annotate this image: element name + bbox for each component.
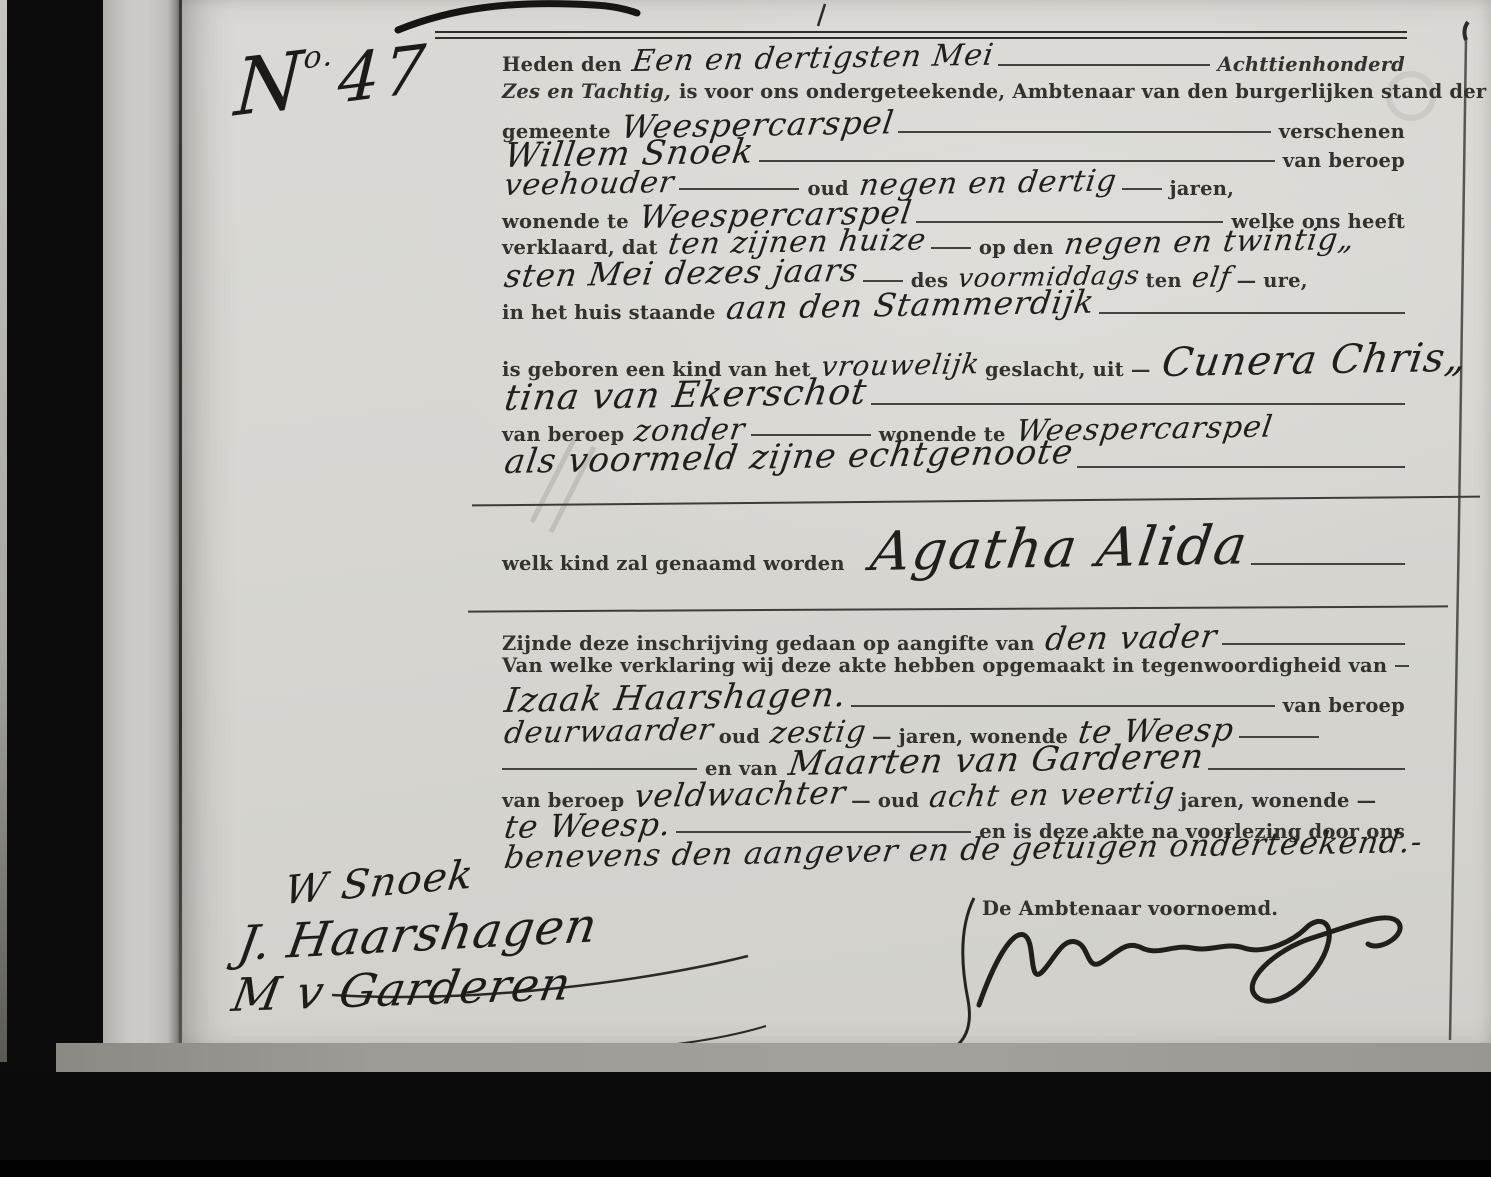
scan-left-edge	[0, 0, 7, 1062]
curly-brace-mark	[954, 898, 974, 1046]
printed-text: welk kind zal genaamd worden	[502, 552, 845, 575]
blank-line	[1239, 736, 1319, 738]
form-line-closing: benevens den aangever en de getuigen ond…	[502, 840, 1405, 876]
printed-text: Van welke verklaring wij deze akte hebbe…	[502, 654, 1387, 677]
form-line-date: Heden den Een en dertigsten Mei Achttien…	[502, 44, 1405, 79]
form-line-child-name: welk kind zal genaamd worden Agatha Alid…	[502, 520, 1405, 583]
right-margin-rule	[1450, 38, 1466, 1040]
blank-line	[851, 705, 1275, 707]
top-ink-flourish	[398, 4, 637, 30]
registrar-signature-scrawl	[979, 918, 1400, 1005]
blank-line	[759, 160, 1275, 162]
handwritten-entry: den vader	[1043, 617, 1220, 658]
scan-background	[0, 1072, 1491, 1160]
blank-line	[871, 403, 1405, 405]
blank-line	[1395, 665, 1409, 667]
form-line-mother-relation: als voormeld zijne echtgenoote	[502, 442, 1405, 482]
blank-line	[1251, 563, 1405, 565]
printed-text: Achttienhonderd	[1218, 53, 1406, 76]
handwritten-entry: negen en twintig„	[1062, 222, 1357, 262]
registrar-caption: De Ambtenaar voornoemd.	[982, 897, 1278, 920]
blank-line	[1077, 466, 1405, 468]
handwritten-entry: als voormeld zijne echtgenoote	[502, 432, 1076, 482]
witness-signature: M v Garderen	[228, 956, 576, 1022]
form-line-birth-house: in het huis staande aan den Stammerdijk	[502, 289, 1405, 327]
act-number: No. 47	[233, 25, 432, 128]
margin-rule-head	[1465, 22, 1468, 40]
blank-line	[1208, 768, 1405, 770]
blank-line	[863, 280, 903, 282]
blank-line	[898, 131, 1270, 133]
handwritten-entry: Een en dertigsten Mei	[630, 38, 996, 79]
small-ink-tick	[818, 4, 825, 26]
blank-line	[1222, 643, 1405, 645]
blank-line	[1122, 188, 1162, 190]
printed-text: Heden den	[502, 53, 622, 76]
form-line-witness-intro: Van welke verklaring wij deze akte hebbe…	[502, 654, 1405, 677]
handwritten-entry: tina van Ekerschot	[502, 372, 870, 419]
blank-rule	[472, 496, 1480, 507]
blank-rule	[468, 605, 1448, 612]
printed-text: Zijnde deze inschrijving gedaan op aangi…	[502, 632, 1035, 655]
scan-background-edge	[0, 1160, 1491, 1177]
page-bottom-shadow	[56, 1043, 1491, 1073]
printed-text: is voor ons ondergeteekende, Ambtenaar v…	[679, 80, 1486, 103]
certificate-page: No. 47 Heden den Een en dertigsten Mei A…	[182, 0, 1491, 1046]
book-page-edges	[103, 0, 182, 1043]
form-line-year: Zes en Tachtig, is voor ons ondergeteeke…	[502, 80, 1405, 103]
act-number-letter: N	[232, 35, 305, 135]
scanned-birth-record: No. 47 Heden den Een en dertigsten Mei A…	[0, 0, 1491, 1177]
printed-text: jaren,	[1170, 177, 1235, 200]
handwritten-entry: Agatha Alida	[867, 513, 1253, 583]
printed-text: op den	[979, 236, 1054, 259]
form-line-notified-by: Zijnde deze inschrijving gedaan op aangi…	[502, 620, 1405, 658]
act-number-ordinal: o.	[303, 37, 336, 76]
blank-line	[931, 247, 971, 249]
act-number-value: 47	[336, 30, 431, 119]
printed-text: Zes en Tachtig,	[502, 80, 671, 103]
printed-text: in het huis staande	[502, 301, 716, 324]
header-double-rule	[435, 31, 1407, 39]
handwritten-entry: aan den Stammerdijk	[724, 283, 1097, 327]
blank-line	[998, 64, 1209, 66]
blank-line	[1099, 312, 1405, 314]
blank-line	[916, 221, 1223, 223]
blank-line	[679, 188, 799, 190]
blank-line	[502, 768, 697, 770]
